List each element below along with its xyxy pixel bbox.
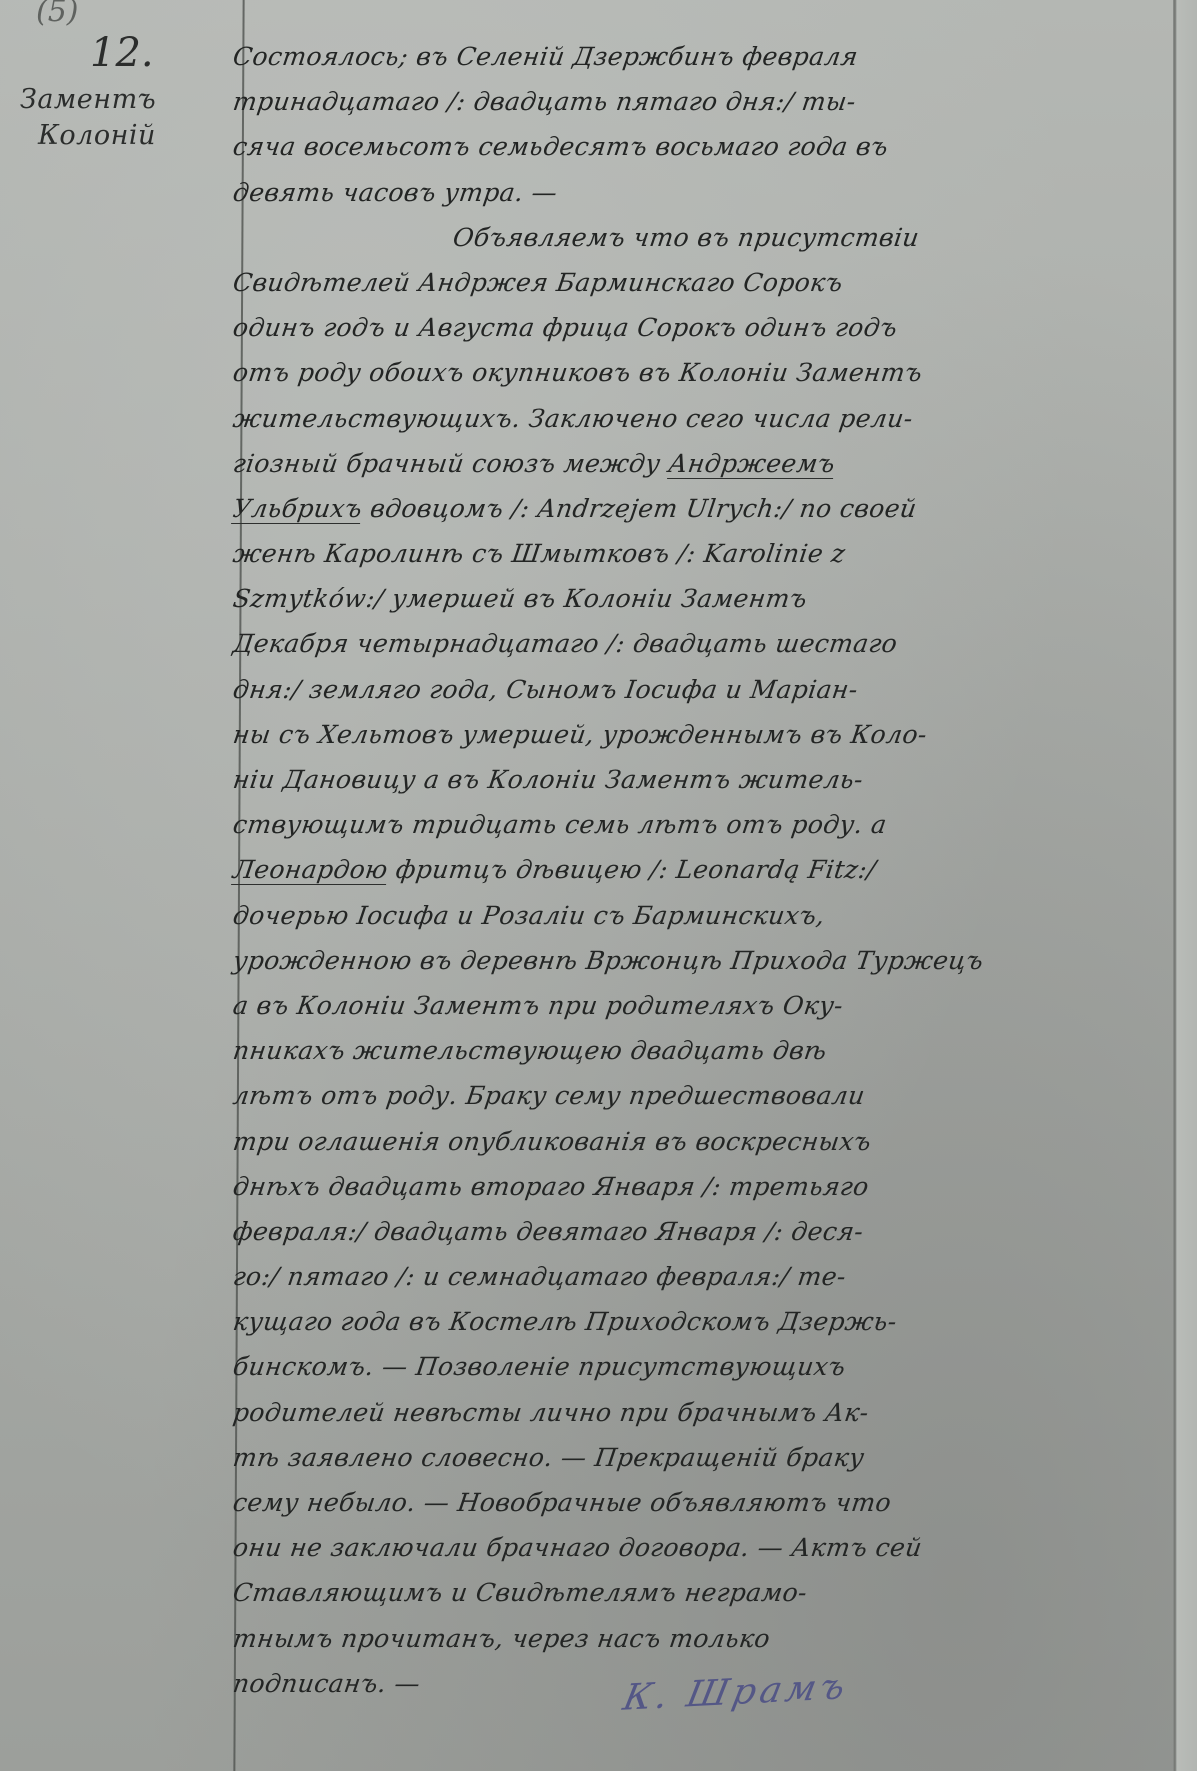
- document-page: (5) 12. Заментъ Колоній Состоялось; въ С…: [0, 0, 1197, 1771]
- text-line: Леонардою фритцъ дѣвицею /: Leonardą Fit…: [230, 847, 1186, 892]
- text-line: Декабря четырнадцатаго /: двадцать шеста…: [230, 621, 1186, 666]
- text-line: февраля:/ двадцать девятаго Января /: де…: [230, 1209, 1186, 1254]
- text-line: дня:/ земляго года, Сыномъ Іосифа и Марі…: [230, 667, 1186, 712]
- text-line: сяча восемьсотъ семьдесятъ восьмаго года…: [230, 124, 1186, 169]
- text-line: тѣ заявлено словесно. — Прекращеній брак…: [230, 1435, 1186, 1480]
- underlined-name: Андржеемъ: [667, 449, 837, 479]
- text-line: гіозный брачный союзъ между Андржеемъ: [230, 441, 1186, 486]
- text-line: отъ роду обоихъ окупниковъ въ Колоніи За…: [230, 350, 1186, 395]
- text-line: дочерью Іосифа и Розаліи съ Барминскихъ,: [230, 893, 1186, 938]
- underlined-name: Ульбрихъ: [231, 494, 364, 524]
- text-line: тнымъ прочитанъ, через насъ только: [230, 1616, 1186, 1661]
- text-line: Ставляющимъ и Свидѣтелямъ неграмо-: [230, 1570, 1186, 1615]
- text-line: сему небыло. — Новобрачные объявляютъ чт…: [230, 1480, 1186, 1525]
- text-line: ствующимъ тридцать семь лѣтъ отъ роду. а: [230, 802, 1186, 847]
- text-line: они не заключали брачнаго договора. — Ак…: [230, 1525, 1186, 1570]
- text-line: Состоялось; въ Селеній Дзержбинъ февраля: [230, 34, 1186, 79]
- page-corner-mark: (5): [36, 0, 79, 29]
- text-line: пникахъ жительствующею двадцать двѣ: [230, 1028, 1186, 1073]
- margin-place-label: Заментъ Колоній: [20, 82, 230, 154]
- text-line: а въ Колоніи Заментъ при родителяхъ Оку-: [230, 983, 1186, 1028]
- underlined-name: Леонардою: [231, 855, 390, 885]
- text-line: бинскомъ. — Позволеніе присутствующихъ: [230, 1344, 1186, 1389]
- text-line: три оглашенія опубликованія въ воскресны…: [230, 1119, 1186, 1164]
- text-line: женѣ Каролинѣ съ Шмытковъ /: Karoliniе z: [230, 531, 1186, 576]
- margin-column: 12. Заментъ Колоній: [20, 30, 230, 154]
- text-line: жительствующихъ. Заключено сего числа ре…: [230, 396, 1186, 441]
- text-line: девять часовъ утра. —: [230, 170, 1186, 215]
- margin-place-line-1: Заментъ: [20, 82, 230, 118]
- text-line: днѣхъ двадцать втораго Января /: третьяг…: [230, 1164, 1186, 1209]
- text-line: го:/ пятаго /: и семнадцатаго февраля:/ …: [230, 1254, 1186, 1299]
- text-line: Ульбрихъ вдовцомъ /: Andrzejem Ulrych:/ …: [230, 486, 1186, 531]
- text-line: родителей невѣсты лично при брачнымъ Ак-: [230, 1390, 1186, 1435]
- text-line: ны съ Хельтовъ умершей, урожденнымъ въ К…: [230, 712, 1186, 757]
- text-line: урожденною въ деревнѣ Вржонцѣ Прихода Ту…: [230, 938, 1186, 983]
- text-line: кущаго года въ Костелѣ Приходскомъ Дзерж…: [230, 1299, 1186, 1344]
- text-line: ніи Дановицу а въ Колоніи Заментъ житель…: [230, 757, 1186, 802]
- text-line-paragraph-start: Объявляемъ что въ присутствіи: [230, 215, 1186, 260]
- text-line: лѣтъ отъ роду. Браку сему предшествовали: [230, 1073, 1186, 1118]
- text-line: тринадцатаго /: двадцать пятаго дня:/ ты…: [230, 79, 1186, 124]
- entry-number: 12.: [90, 30, 230, 76]
- text-line: Szmytków:/ умершей въ Колоніи Заментъ: [230, 576, 1186, 621]
- text-line: Свидѣтелей Андржея Барминскаго Сорокъ: [230, 260, 1186, 305]
- text-line: одинъ годъ и Августа фрица Сорокъ одинъ …: [230, 305, 1186, 350]
- margin-place-line-2: Колоній: [38, 118, 230, 154]
- record-body: Состоялось; въ Селеній Дзержбинъ февраля…: [230, 34, 1180, 1706]
